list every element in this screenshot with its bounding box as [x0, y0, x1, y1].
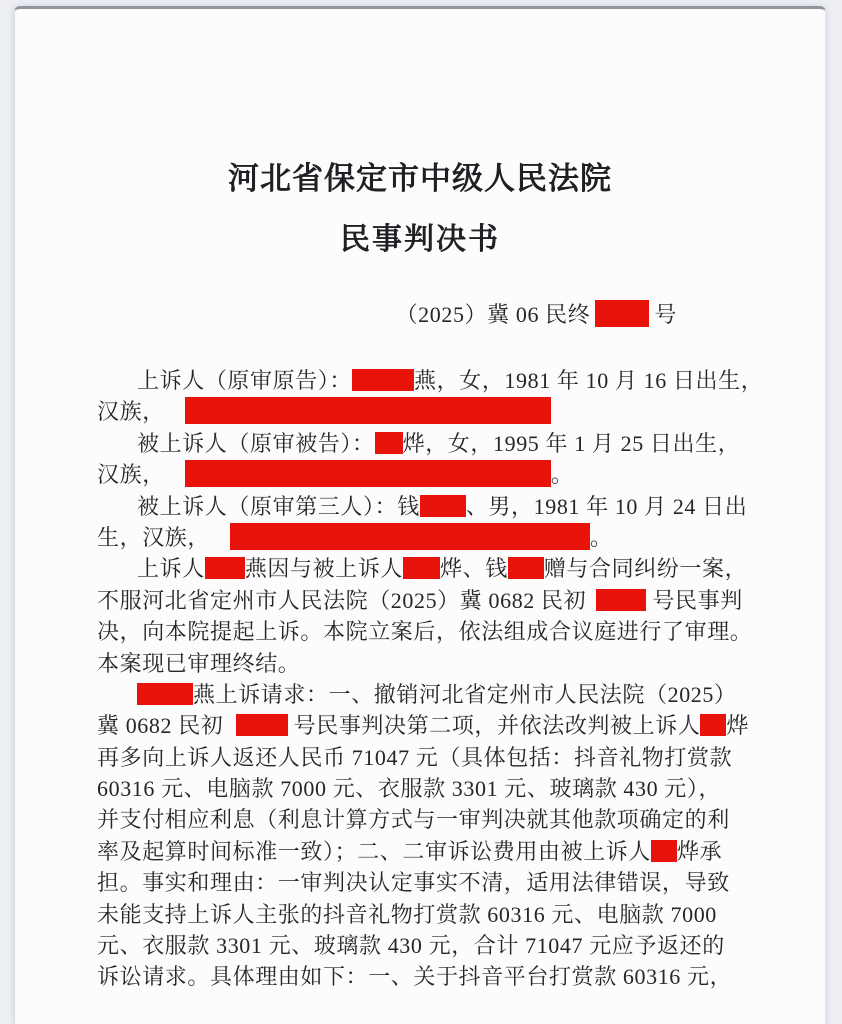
document-line: 不服河北省定州市人民法院（2025）冀 0682 民初 号民事判 [97, 585, 765, 616]
text-segment: 再多向上诉人返还人民币 71047 元（具体包括：抖音礼物打赏款 [97, 745, 732, 770]
redaction-box [185, 397, 551, 424]
text-segment: 。 [590, 525, 613, 550]
text-segment: 汉族， [97, 399, 165, 424]
document-line: 60316 元、电脑款 7000 元、衣服款 3301 元、玻璃款 430 元）… [97, 773, 765, 804]
text-segment: 上诉人（原审原告）： [137, 368, 352, 393]
text-segment: 。 [551, 462, 574, 487]
document-line: 上诉人燕因与被上诉人烨、钱赠与合同纠纷一案， [97, 553, 765, 584]
redaction-box [185, 460, 551, 487]
text-segment: 汉族， [97, 462, 165, 487]
document-line: 元、衣服款 3301 元、玻璃款 430 元，合计 71047 元应予返还的 [97, 930, 765, 961]
court-name-title: 河北省保定市中级人民法院 [15, 161, 825, 197]
case-number-line: （2025）冀 06 民终号 [15, 300, 825, 330]
case-number-prefix: （2025）冀 06 民终 [396, 302, 591, 327]
document-line: 再多向上诉人返还人民币 71047 元（具体包括：抖音礼物打赏款 [97, 742, 765, 773]
redaction-box [375, 432, 403, 454]
document-line: 率及起算时间标准一致）；二、二审诉讼费用由被上诉人烨承 [97, 836, 765, 867]
document-line: 上诉人（原审原告）：燕，女，1981 年 10 月 16 日出生， [97, 365, 765, 396]
document-line: 未能支持上诉人主张的抖音礼物打赏款 60316 元、电脑款 7000 [97, 899, 765, 930]
redaction-box [230, 523, 590, 550]
redaction-box [352, 369, 414, 391]
document-line: 冀 0682 民初 号民事判决第二项，并依法改判被上诉人烨 [97, 710, 765, 741]
text-segment: 决，向本院提起上诉。本院立案后，依法组成合议庭进行了审理。 [97, 619, 752, 644]
document-line: 被上诉人（原审被告）：烨，女，1995 年 1 月 25 日出生， [97, 428, 765, 459]
case-number-suffix: 号 [654, 302, 677, 327]
document-line: 被上诉人（原审第三人）：钱、男，1981 年 10 月 24 日出 [97, 491, 765, 522]
text-segment: 诉讼请求。具体理由如下：一、关于抖音平台打赏款 60316 元， [97, 964, 732, 989]
text-segment: 元、衣服款 3301 元、玻璃款 430 元，合计 71047 元应予返还的 [97, 933, 725, 958]
text-segment: 并支付相应利息（利息计算方式与一审判决就其他款项确定的利 [97, 807, 730, 832]
text-segment: 不服河北省定州市人民法院（2025）冀 0682 民初 [97, 588, 592, 613]
document-line: 诉讼请求。具体理由如下：一、关于抖音平台打赏款 60316 元， [97, 961, 765, 992]
redaction-box [137, 683, 193, 705]
text-segment: 燕，女，1981 年 10 月 16 日出生， [414, 368, 763, 393]
text-segment: 燕上诉请求：一、撤销河北省定州市人民法院（2025） [193, 682, 737, 707]
text-segment: 赠与合同纠纷一案， [544, 556, 747, 581]
redaction-box [651, 840, 677, 862]
text-segment: 烨承 [677, 839, 722, 864]
text-segment: 、男，1981 年 10 月 24 日出 [466, 494, 748, 519]
text-segment: 率及起算时间标准一致）；二、二审诉讼费用由被上诉人 [97, 839, 651, 864]
document-line: 并支付相应利息（利息计算方式与一审判决就其他款项确定的利 [97, 804, 765, 835]
document-line: 燕上诉请求：一、撤销河北省定州市人民法院（2025） [97, 679, 765, 710]
text-segment: 60316 元、电脑款 7000 元、衣服款 3301 元、玻璃款 430 元）… [97, 776, 721, 801]
photo-background: 河北省保定市中级人民法院 民事判决书 （2025）冀 06 民终号 上诉人（原审… [0, 0, 842, 1024]
redaction-box [596, 589, 646, 611]
text-segment: 上诉人 [137, 556, 205, 581]
text-segment: 号民事判决第二项，并依法改判被上诉人 [288, 713, 701, 738]
text-segment: 担。事实和理由：一审判决认定事实不清，适用法律错误，导致 [97, 870, 730, 895]
document-line: 本案现已审理终结。 [97, 648, 765, 679]
document-line: 担。事实和理由：一审判决认定事实不清，适用法律错误，导致 [97, 867, 765, 898]
text-segment: 烨、钱 [440, 556, 508, 581]
document-line: 汉族， [97, 396, 765, 427]
document-body: 上诉人（原审原告）：燕，女，1981 年 10 月 16 日出生，汉族，被上诉人… [15, 365, 825, 993]
text-segment: 生，汉族， [97, 525, 210, 550]
document-line: 决，向本院提起上诉。本院立案后，依法组成合议庭进行了审理。 [97, 616, 765, 647]
document-line: 汉族，。 [97, 459, 765, 490]
text-segment: 冀 0682 民初 [97, 713, 230, 738]
text-segment: 烨，女，1995 年 1 月 25 日出生， [403, 431, 741, 456]
text-segment: 燕因与被上诉人 [245, 556, 403, 581]
redaction-box [403, 557, 440, 579]
redaction-box [508, 557, 544, 579]
text-segment: 烨 [726, 713, 749, 738]
text-segment: 被上诉人（原审第三人）：钱 [137, 494, 420, 519]
redaction-box [700, 714, 726, 736]
text-segment: 未能支持上诉人主张的抖音礼物打赏款 60316 元、电脑款 7000 [97, 902, 717, 927]
text-segment: 本案现已审理终结。 [97, 651, 300, 676]
redaction-box [420, 495, 466, 517]
text-segment: 被上诉人（原审被告）： [137, 431, 375, 456]
redaction-box [236, 714, 288, 736]
redaction-box [205, 557, 245, 579]
document-line: 生，汉族，。 [97, 522, 765, 553]
redaction-box [595, 300, 649, 327]
document-type-title: 民事判决书 [15, 222, 825, 257]
judgment-page: 河北省保定市中级人民法院 民事判决书 （2025）冀 06 民终号 上诉人（原审… [14, 6, 826, 1024]
text-segment: 号民事判 [646, 588, 743, 613]
